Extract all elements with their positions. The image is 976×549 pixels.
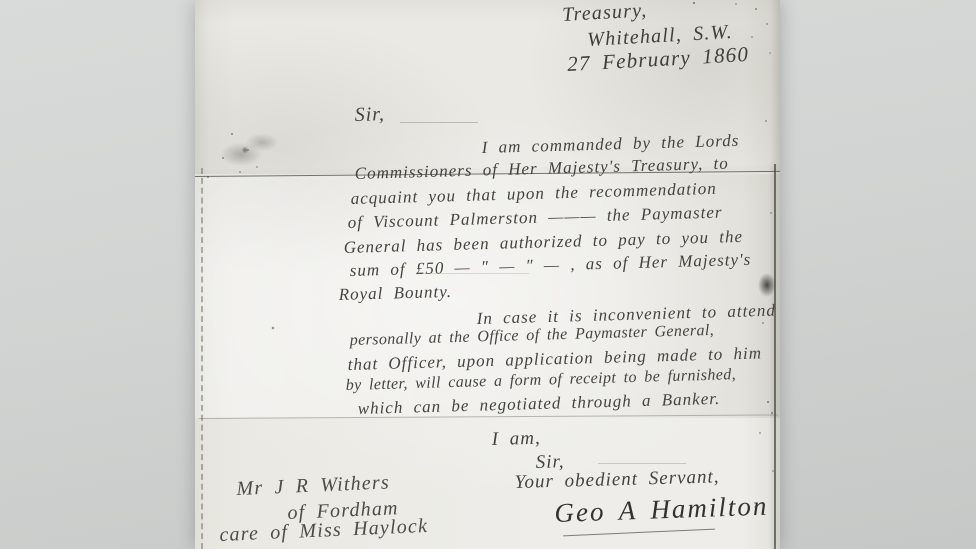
letter-photo: Treasury, Whitehall, S.W. 27 February 18… [195,0,780,549]
vertical-fold-edge [774,164,776,549]
salutation: Sir, [354,103,385,127]
pencil-line [598,463,686,464]
pencil-line [400,122,478,123]
left-edge-perforation [201,168,203,549]
pencil-line [417,273,529,274]
ink-blot [755,270,779,300]
body-line: Royal Bounty. [338,282,452,305]
ink-smudge [213,128,283,176]
paper-speckles [195,0,197,2]
valediction-line: I am, [491,428,541,451]
letterhead-office: Treasury, [562,0,648,27]
photo-background: Treasury, Whitehall, S.W. 27 February 18… [0,0,976,549]
